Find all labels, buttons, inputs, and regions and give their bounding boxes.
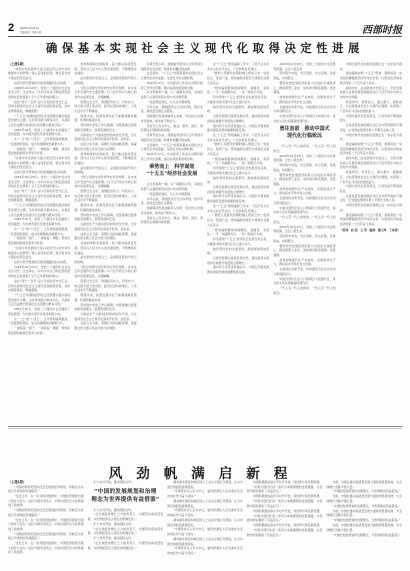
subhead-line: “十五五”经济社会发展 — [141, 171, 203, 178]
paragraph: 扩大对外开放，推动国际合作。 — [88, 522, 164, 527]
paragraph: 在“十五五”规划编制工作中，习近平总书记多次主持召开会议，广泛听取意见建议。 — [207, 204, 269, 213]
paragraph: “中国坚持以人民为中心，始终把满足人民对美好生活的向往作为奋斗目标。” — [167, 546, 243, 555]
paragraph: 要坚持把发展经济的着力点放在实体经济上，推进新型工业化，加快建设制造强国、质量强… — [273, 173, 335, 187]
paragraph: 中国式现代化没有终点，只有连续不断的新起点。 — [340, 114, 402, 123]
paragraph: 加快构建现代化产业体系，发展新质生产力，推动高水平科技自立自强。 — [273, 187, 335, 196]
paragraph: 改革开放以来，我国始终坚持以五年规划引领经济社会发展，取得举世瞩目的成就。 — [141, 62, 203, 71]
paragraph: “规划编制要体现前瞻性、战略性、系统性。”一字一句凝聚共识，一条一款指引方向。 — [207, 157, 269, 166]
paragraph: 站在“两个一百年”奋斗目标的历史交汇点，迈向全面建设社会主义现代化国家新征程，党… — [8, 279, 70, 293]
paragraph: 通过编制实施“十五五”规划，我国将进一步巩固和增强经济回升向好态势，以更加优异的… — [340, 213, 402, 227]
paragraph: “‘十五五’时期的经济社会发展要以推动高质量发展为主题，以改革创新为根本动力，以… — [8, 293, 70, 307]
paragraph: 这是立足当前、着眼长远的战略部署，是凝聚全党全国人民意志的行动纲领。 — [74, 321, 136, 330]
subhead-plan: 乘势而上 科学谋划“十五五”经济社会发展 — [141, 164, 203, 178]
paragraph: 始终坚持党的全面领导，确保规划落地见效。 — [207, 105, 269, 114]
paragraph: 以新质生产力推动经济结构优化升级，为全面建设社会主义现代化国家开好局、起好步。 — [74, 133, 136, 142]
paragraph: 以新发展理念统领发展全局，推动经济实现质的有效提升和量的合理增长。 — [207, 114, 269, 123]
paragraph: 科学谋划“十五五”经济社会发展目标任务，为推进中国式现代化注入强大动力。 — [207, 166, 269, 175]
paragraph: 一届接着一届干，一棒接着一棒跑，规划引领发展的制度优势充分彰显。 — [8, 147, 70, 156]
paragraph: “中国坚持以人民为中心，始终把满足人民对美好生活的向往作为奋斗目标。” — [167, 527, 243, 536]
paragraph: 坚持稳中求进工作总基调，完整准确全面贯彻新发展理念，统筹发展和安全。 — [74, 213, 136, 222]
paragraph: “在全球经济增长乏力的背景下，中国坚持高质量发展，为世界经济注入稳定性和确定性。… — [88, 541, 164, 550]
top-headline: 确保基本实现社会主义现代化取得决定性进展 — [0, 40, 410, 56]
subhead-line: 现代化行稳致远 — [273, 133, 335, 140]
paragraph: 越来越多国家和地区的人士关注中国五年规划，认为中国发展经验值得借鉴。 — [167, 499, 243, 508]
newspaper-logo: 西部时报 — [362, 21, 402, 36]
paragraph: “要把人民群众的期盼融入规划之中。”发扬民主、集思广益，规划编制过程充分体现全过… — [207, 213, 269, 227]
paragraph: “中国坚持以人民为中心，始终把满足人民对美好生活的向往作为奋斗目标。” — [167, 508, 243, 517]
paragraph: “过去五年，在一系列经济数据中，中国经济展现出强大韧性与活力。”这位外国学者表示… — [8, 518, 84, 532]
paragraph: 科学谋划“十五五”经济社会发展目标任务，为推进中国式现代化注入强大动力。 — [207, 237, 269, 246]
paragraph: 这是立足当前、着眼长远的战略部署，是凝聚全党全国人民意志的行动纲领。 — [74, 142, 136, 151]
paragraph: 中国式现代化的美好蓝图正在一步步变为现实。 — [340, 62, 402, 71]
paragraph: 展望未来，我国发展仍处于重要战略机遇期，机遇和挑战并存。 — [74, 114, 136, 123]
paragraph: 坚持以人民为中心，就业、教育、医疗、养老等民生保障持续加强。 — [141, 216, 203, 225]
paragraph: 以高质量发展的确定性应对外部环境的不确定性，让发展成果更多更公平惠及全体人民。 — [340, 123, 402, 132]
bottom-article-body: （上接1版） “中国的跨世纪经济社会发展的经济规划，是制定以实施五年规划的有效路… — [8, 480, 402, 555]
subhead-modernization: 勇往直前 推动中国式现代化行稳致远 — [273, 126, 335, 140]
paragraph: 从“一五”到“十四五”，五年规划接续推进，一张蓝图绘到底，成为治国理政的重要方式… — [8, 137, 70, 146]
paragraph: 展望未来，我国发展仍处于重要战略机遇期，机遇和挑战并存。 — [74, 203, 136, 212]
paragraph: 一届接着一届干，一棒接着一棒跑，规划引领发展的制度优势充分彰显。 — [8, 236, 70, 245]
paragraph: 始终坚持党的全面领导，确保规划落地见效。 — [207, 176, 269, 185]
article-column: 扩大对外开放，推动国际合作。“中国的发展规划和治理理念为世界提供有益借鉴”扩大对… — [88, 480, 164, 555]
paragraph: “中国坚持以人民为中心，始终把满足人民对美好生活的向往作为奋斗目标。” — [167, 489, 243, 498]
paragraph: 再接再厉、乘势而上，凝心聚力、砥砺前行，为全面建成社会主义现代化强国、实现第二个… — [340, 100, 402, 114]
paragraph: 在“十五五”规划编制工作中，习近平总书记多次主持召开会议，广泛听取意见建议。 — [207, 133, 269, 142]
paragraph: “我们对国内外形势作出科学判断，对未来五年发展作出全面部署。”以习近平同志为核心… — [74, 175, 136, 189]
paragraph: “过去五年，在一系列经济数据中，中国经济展现出强大韧性与活力。”这位外国学者表示… — [8, 541, 84, 555]
paragraph: 今年以来，我国经济运行总体平稳、稳中有进，高质量发展扎实推进。 — [141, 105, 203, 114]
paragraph: 全面深化改革开放，持续激发全社会内生动力和创新活力。 — [273, 105, 335, 114]
paragraph: 2025年10月20日，党的二十届四中全会在北京召开，全会审议《中共中央关于制定… — [8, 265, 70, 279]
paragraph: 全面深化改革开放，持续激发全社会内生动力和创新活力。 — [273, 267, 335, 276]
paragraph: “我们对国内外形势作出科学判断，对未来五年发展作出全面部署。”以习近平同志为核心… — [74, 86, 136, 100]
paragraph: 始终坚持党的全面领导，确保规划落地见效。 — [207, 247, 269, 256]
paragraph: 站在“两个一百年”奋斗目标的历史交汇点，迈向全面建设社会主义现代化国家新征程，党… — [8, 189, 70, 203]
paragraph: 加快构建新发展格局，着力推动高质量发展，坚持以人民为中心的发展思想，不断增进民生… — [74, 241, 136, 255]
paragraph: 回望过去五年，我国经济实力、科技实力、综合国力跃上新台阶，经济总量持续增长，人民… — [74, 189, 136, 203]
paragraph: 坚持稳中求进工作总基调，完整准确全面贯彻新发展理念，统筹发展和安全。 — [74, 303, 136, 312]
paragraph: “‘十五五’时期的经济社会发展要以推动高质量发展为主题，以改革创新为根本动力，以… — [8, 114, 70, 128]
article-column: 中国式现代化的美好蓝图正在一步步变为现实。通过编制实施“十五五”规划，我国将进一… — [340, 62, 402, 422]
paragraph: 全会提出，“十五五”时期是基本实现社会主义现代化夯实基础、全面发力的关键时期。 — [141, 71, 203, 80]
article-column: 越来越多国家和地区的人士关注中国五年规划，认为中国发展经验值得借鉴。“中国坚持以… — [167, 480, 243, 555]
paragraph: 站在新的历史起点上，奋进新征程的号角已经吹响。 — [74, 76, 136, 85]
paragraph: “中国的跨世纪经济社会发展的经济规划，是制定以实施五年规划的有效路径。” — [8, 532, 84, 541]
paragraph: 坚持以人民为中心，就业、教育、医疗、养老等民生保障持续加强。 — [141, 124, 203, 133]
subhead-line: 理念为世界提供有益借鉴” — [88, 496, 164, 504]
paragraph: 回望过去五年，我国经济实力、科技实力、综合国力跃上新台阶，经济总量持续增长，人民… — [74, 100, 136, 114]
paragraph: “要把人民群众的期盼融入规划之中。”发扬民主、集思广益，规划编制过程充分体现全过… — [207, 71, 269, 85]
paragraph: 创新驱动发展战略深入实施，科技自立自强步伐加快，新动能不断壮大。 — [141, 114, 203, 123]
paragraph: 全面深化改革开放，持续激发全社会内生动力和创新活力。 — [273, 196, 335, 205]
paragraph: 一张蓝图绘到底，久久为功谱新篇。 — [141, 100, 203, 105]
section-divider-thin — [8, 428, 402, 429]
paragraph: 改革开放以来，我国始终坚持以五年规划引领经济社会发展，取得举世瞩目的成就。 — [141, 133, 203, 142]
paragraph: “中国式现代化是一条符合本国国情的发展道路，为发展中国家提供了有益启示。” — [247, 528, 323, 537]
paragraph: 2025年10月20日，党的二十届四中全会在北京召开，全会审议《中共中央关于制定… — [8, 86, 70, 100]
paragraph: 当前，中国在推动高质量发展方面取得显著成效，为全球增长贡献中国力量。 — [326, 509, 402, 518]
paragraph: 2025年10月23日，党的二十届四中全会胜利闭幕，全会公报发布。 — [273, 225, 335, 234]
page-number: 2 — [8, 22, 14, 34]
paragraph: 坚持稳中求进工作总基调，完整准确全面贯彻新发展理念，统筹发展和安全。 — [74, 123, 136, 132]
paragraph: 中国式现代化没有终点，只有连续不断的新起点。 — [340, 184, 402, 193]
paragraph: 以高质量发展的确定性应对外部环境的不确定性，让发展成果更多更公平惠及全体人民。 — [340, 194, 402, 203]
paragraph: “过去五年，在一系列经济数据中，中国经济展现出强大韧性与活力。”这位外国学者表示… — [8, 494, 84, 508]
paragraph: 坚持稳中求进，守正创新，先立后破，系统集成，协同配合。 — [273, 234, 335, 243]
paragraph: 坚持稳中求进，守正创新，先立后破，系统集成，协同配合。 — [273, 163, 335, 172]
paragraph: “中国的发展规划和治理理念，为世界提供有益借鉴。” — [326, 504, 402, 509]
subhead-line: “中国的发展规划和治理 — [88, 488, 164, 496]
paragraph: 中国式现代化的美好蓝图正在一步步变为现实。 — [340, 133, 402, 142]
paragraph: 国内外专家学者普遍认为，中国五年规划是推动国家发展的重要制度安排。 — [207, 265, 269, 274]
edition-line: 责编·版式 美编·审校 — [20, 31, 41, 34]
paragraph: 一代人有一代人的使命，一代人有一代人的担当。 — [273, 144, 335, 153]
article-column: 当前，中国在推动高质量发展方面取得显著成效，为全球增长贡献中国力量。“中国的发展… — [326, 480, 402, 555]
paragraph: “中国式现代化是一条符合本国国情的发展道路，为发展中国家提供了有益启示。” — [247, 514, 323, 523]
paragraph: 再接再厉、乘势而上，凝心聚力、砥砺前行，为全面建成社会主义现代化强国、实现第二个… — [340, 170, 402, 184]
date-line: 2025年10月21日 — [20, 27, 39, 30]
article-column: （上接1版） “中国的跨世纪经济社会发展的经济规划，是制定以实施五年规划的有效路… — [8, 480, 84, 555]
paragraph: 加快构建新发展格局，着力推动高质量发展，坚持以人民为中心的发展思想，不断增进民生… — [74, 152, 136, 166]
paragraph: 2025年10月，党的二十届四中全会描绘了宏伟蓝图，为中国式现代化建设指明方向。 — [8, 217, 70, 226]
paragraph: 加快构建现代化产业体系，发展新质生产力，推动高水平科技自立自强。 — [273, 258, 335, 267]
paragraph: 全会提出，“十五五”时期是基本实现社会主义现代化夯实基础、全面发力的关键时期。 — [141, 143, 203, 152]
paragraph: 以新发展理念统领发展全局，推动经济实现质的有效提升和量的合理增长。 — [207, 185, 269, 194]
paragraph: “‘十五五’时期的经济社会发展要以推动高质量发展为主题，以改革创新为根本动力，以… — [8, 203, 70, 217]
paragraph: 中国积极推进高水平对外开放，同世界分享发展机遇。 — [247, 509, 323, 514]
paragraph: 面向未来，站在新的历史起点上，全党全国各族人民更加紧密地团结在以习近平同志为核心… — [340, 86, 402, 100]
paragraph: 回望过去五年，我国经济实力、科技实力、综合国力跃上新台阶，经济总量持续增长，人民… — [74, 279, 136, 293]
paragraph: 通过编制实施“十五五”规划，我国将进一步巩固和增强经济回升向好态势，以更加优异的… — [340, 142, 402, 156]
paragraph: 从全局谋划一域，以一域服务全局，各地区各部门认真贯彻落实党中央决策部署。 — [141, 90, 203, 99]
paragraph: “我们对国内外形势作出科学判断，对未来五年发展作出全面部署。”以习近平同志为核心… — [74, 265, 136, 279]
paragraph: 通过编制实施“十五五”规划，我国将进一步巩固和增强经济回升向好态势，以更加优异的… — [340, 71, 402, 85]
paragraph: 2025年10月23日，党的二十届四中全会胜利闭幕，全会公报发布。 — [273, 154, 335, 163]
paragraph: “实现中华民族伟大复兴是近代以来中华民族最伟大的梦想。”催人奋进的话语，饱含着对… — [8, 156, 70, 170]
paragraph: 站在新的历史起点上，奋进新征程的号角已经吹响。 — [74, 166, 136, 175]
paragraph: “实现中华民族伟大复兴是近代以来中华民族最伟大的梦想。”催人奋进的话语，饱含着对… — [8, 246, 70, 260]
masthead: 2 2025年10月21日 责编·版式 美编·审校 西部时报 — [8, 25, 402, 37]
paragraph: 一届接着一届干，一棒接着一棒跑，规划引领发展的制度优势充分彰显。 — [8, 326, 70, 335]
subhead-governance: “中国的发展规划和治理理念为世界提供有益借鉴” — [88, 488, 164, 504]
paragraph: “中国式现代化是一条符合本国国情的发展道路，为发展中国家提供了有益启示。” — [247, 485, 323, 494]
newspaper-page: 2 2025年10月21日 责编·版式 美编·审校 西部时报 确保基本实现社会主… — [0, 0, 410, 571]
paragraph: 中国式现代化是人口规模巨大的现代化，是全体人民共同富裕的现代化。 — [273, 277, 335, 286]
article-column: （上接1版） “实现中华民族伟大复兴是近代以来中华民族最伟大的梦想。”催人奋进的… — [8, 62, 70, 422]
paragraph: 科学谋划“十五五”经济社会发展目标任务，为推进中国式现代化注入强大动力。 — [207, 95, 269, 104]
paragraph: “中国的发展规划和治理理念，为世界提供有益借鉴。” — [326, 533, 402, 538]
article-column: 改革开放以来，我国始终坚持以五年规划引领经济社会发展，取得举世瞩目的成就。全会提… — [141, 62, 203, 422]
paragraph: 要坚持把发展经济的着力点放在实体经济上，推进新型工业化，加快建设制造强国、质量强… — [273, 81, 335, 95]
paragraph: 展望未来，我国发展仍处于重要战略机遇期，机遇和挑战并存。 — [74, 293, 136, 302]
top-article-body: （上接1版） “实现中华民族伟大复兴是近代以来中华民族最伟大的梦想。”催人奋进的… — [8, 62, 402, 422]
paragraph: 扩大对外开放，推动国际合作。 — [88, 480, 164, 485]
paragraph: 站在“两个一百年”奋斗目标的历史交汇点，迈向全面建设社会主义现代化国家新征程，党… — [8, 100, 70, 114]
paragraph: 加快构建新发展格局，着力推动高质量发展，坚持以人民为中心的发展思想，不断增进民生… — [74, 62, 136, 76]
paragraph: 要坚持把发展经济的着力点放在实体经济上，推进新型工业化，加快建设制造强国、质量强… — [273, 244, 335, 258]
paragraph: 中国式现代化是人口规模巨大的现代化，是全体人民共同富裕的现代化。 — [273, 206, 335, 215]
paragraph: “规划编制要体现前瞻性、战略性、系统性。”一字一句凝聚共识，一条一款指引方向。 — [207, 86, 269, 95]
paragraph: 当前，中国在推动高质量发展方面取得显著成效，为全球增长贡献中国力量。 — [326, 480, 402, 489]
article-byline: （策划：赵 超 文 章 编辑：魏玉坤 王雨萧） — [340, 228, 402, 232]
article-column: 中国积极推进高水平对外开放，同世界分享发展机遇。“中国式现代化是一条符合本国国情… — [247, 480, 323, 555]
article-column: 加快构建新发展格局，着力推动高质量发展，坚持以人民为中心的发展思想，不断增进民生… — [74, 62, 136, 422]
paragraph: 越来越多国家和地区的人士关注中国五年规划，认为中国发展经验值得借鉴。 — [167, 518, 243, 527]
paragraph: 今年以来，我国经济运行总体平稳、稳中有进，高质量发展扎实推进。 — [141, 197, 203, 206]
paragraph: 坚持稳中求进，守正创新，先立后破，系统集成，协同配合。 — [273, 71, 335, 80]
paragraph: 国内外专家学者普遍认为，中国五年规划是推动国家发展的重要制度安排。 — [207, 124, 269, 133]
paragraph: 2025年10月，党的二十届四中全会描绘了宏伟蓝图，为中国式现代化建设指明方向。 — [8, 128, 70, 137]
paragraph: 这是以科学规划指引前进道路的生动实践。 — [8, 81, 70, 86]
paragraph: 当前，中国在推动高质量发展方面取得显著成效，为全球增长贡献中国力量。 — [326, 523, 402, 532]
paragraph: “中国的跨世纪经济社会发展的经济规划，是制定以实施五年规划的有效路径。” — [8, 508, 84, 517]
paragraph: 越来越多国家和地区的人士关注中国五年规划，认为中国发展经验值得借鉴。 — [167, 480, 243, 489]
paragraph: 以新质生产力推动经济结构优化升级，为全面建设社会主义现代化国家开好局、起好步。 — [74, 222, 136, 231]
paragraph: “要把人民群众的期盼融入规划之中。”发扬民主、集思广益，规划编制过程充分体现全过… — [207, 142, 269, 156]
paragraph: 这是以科学规划指引前进道路的生动实践。 — [8, 260, 70, 265]
paragraph: 中国式现代化的美好蓝图正在一步步变为现实。 — [340, 203, 402, 212]
paragraph: 一代人有一代人的使命，一代人有一代人的担当。 — [273, 286, 335, 295]
paragraph: 这是立足当前、着眼长远的战略部署，是凝聚全党全国人民意志的行动纲领。 — [74, 232, 136, 241]
paragraph: 中国积极推进高水平对外开放，同世界分享发展机遇。 — [247, 480, 323, 485]
paragraph: 以新发展理念统领发展全局，推动经济实现质的有效提升和量的合理增长。 — [207, 256, 269, 265]
paragraph: 一张蓝图绘到底，久久为功谱新篇。 — [141, 192, 203, 197]
paragraph: 2025年10月23日，党的二十届四中全会胜利闭幕，全会公报发布。 — [273, 62, 335, 71]
paragraph: 以新质生产力推动经济结构优化升级，为全面建设社会主义现代化国家开好局、起好步。 — [74, 312, 136, 321]
paragraph: “在全球经济增长乏力的背景下，中国坚持高质量发展，为世界经济注入稳定性和确定性。… — [88, 527, 164, 536]
paragraph: 站在新的历史起点上，奋进新征程的号角已经吹响。 — [74, 255, 136, 264]
section-divider — [8, 426, 402, 427]
paragraph: 2025年12月，中央经济工作会议对明年经济工作作出部署，推动各项政策落地见效。 — [141, 152, 203, 161]
paragraph: “实现中华民族伟大复兴是近代以来中华民族最伟大的梦想。”催人奋进的话语，饱含着对… — [8, 67, 70, 81]
paragraph: 创新驱动发展战略深入实施，科技自立自强步伐加快，新动能不断壮大。 — [141, 206, 203, 215]
paragraph: 一代人有一代人的使命，一代人有一代人的担当。 — [273, 215, 335, 224]
paragraph: 从全局谋划一域，以一域服务全局，各地区各部门认真贯彻落实党中央决策部署。 — [141, 182, 203, 191]
paragraph: 2025年10月20日，党的二十届四中全会在北京召开，全会审议《中共中央关于制定… — [8, 175, 70, 189]
paragraph: “规划编制要体现前瞻性、战略性、系统性。”一字一句凝聚共识，一条一款指引方向。 — [207, 228, 269, 237]
paragraph: 从“一五”到“十四五”，五年规划接续推进，一张蓝图绘到底，成为治国理政的重要方式… — [8, 317, 70, 326]
paragraph: 中国式现代化是人口规模巨大的现代化，是全体人民共同富裕的现代化。 — [273, 114, 335, 123]
paragraph: “在全球经济增长乏力的背景下，中国坚持高质量发展，为世界经济注入稳定性和确定性。… — [88, 512, 164, 521]
paragraph: “中国式现代化是一条符合本国国情的发展道路，为发展中国家提供了有益启示。” — [247, 499, 323, 508]
paragraph: 越来越多国家和地区的人士关注中国五年规划，认为中国发展经验值得借鉴。 — [167, 537, 243, 546]
article-column: 在“十五五”规划编制工作中，习近平总书记多次主持召开会议，广泛听取意见建议。“要… — [207, 62, 269, 422]
paragraph: 加快构建现代化产业体系，发展新质生产力，推动高水平科技自立自强。 — [273, 95, 335, 104]
paragraph: 当前，中国在推动高质量发展方面取得显著成效，为全球增长贡献中国力量。 — [326, 494, 402, 503]
paragraph: 面向未来，站在新的历史起点上，全党全国各族人民更加紧密地团结在以习近平同志为核心… — [340, 156, 402, 170]
paragraph: 国内外专家学者普遍认为，中国五年规划是推动国家发展的重要制度安排。 — [207, 194, 269, 203]
paragraph: 2025年12月，中央经济工作会议对明年经济工作作出部署，推动各项政策落地见效。 — [141, 81, 203, 90]
article-column: 2025年10月23日，党的二十届四中全会胜利闭幕，全会公报发布。坚持稳中求进，… — [273, 62, 335, 422]
paragraph: 2025年10月，党的二十届四中全会描绘了宏伟蓝图，为中国式现代化建设指明方向。 — [8, 307, 70, 316]
paragraph: 在“十五五”规划编制工作中，习近平总书记多次主持召开会议，广泛听取意见建议。 — [207, 62, 269, 71]
bottom-headline: 风劲帆满启新程 — [0, 462, 410, 482]
paragraph: 从“一五”到“十四五”，五年规划接续推进，一张蓝图绘到底，成为治国理政的重要方式… — [8, 227, 70, 236]
paragraph: “中国的跨世纪经济社会发展的经济规划，是制定以实施五年规划的有效路径。” — [8, 485, 84, 494]
